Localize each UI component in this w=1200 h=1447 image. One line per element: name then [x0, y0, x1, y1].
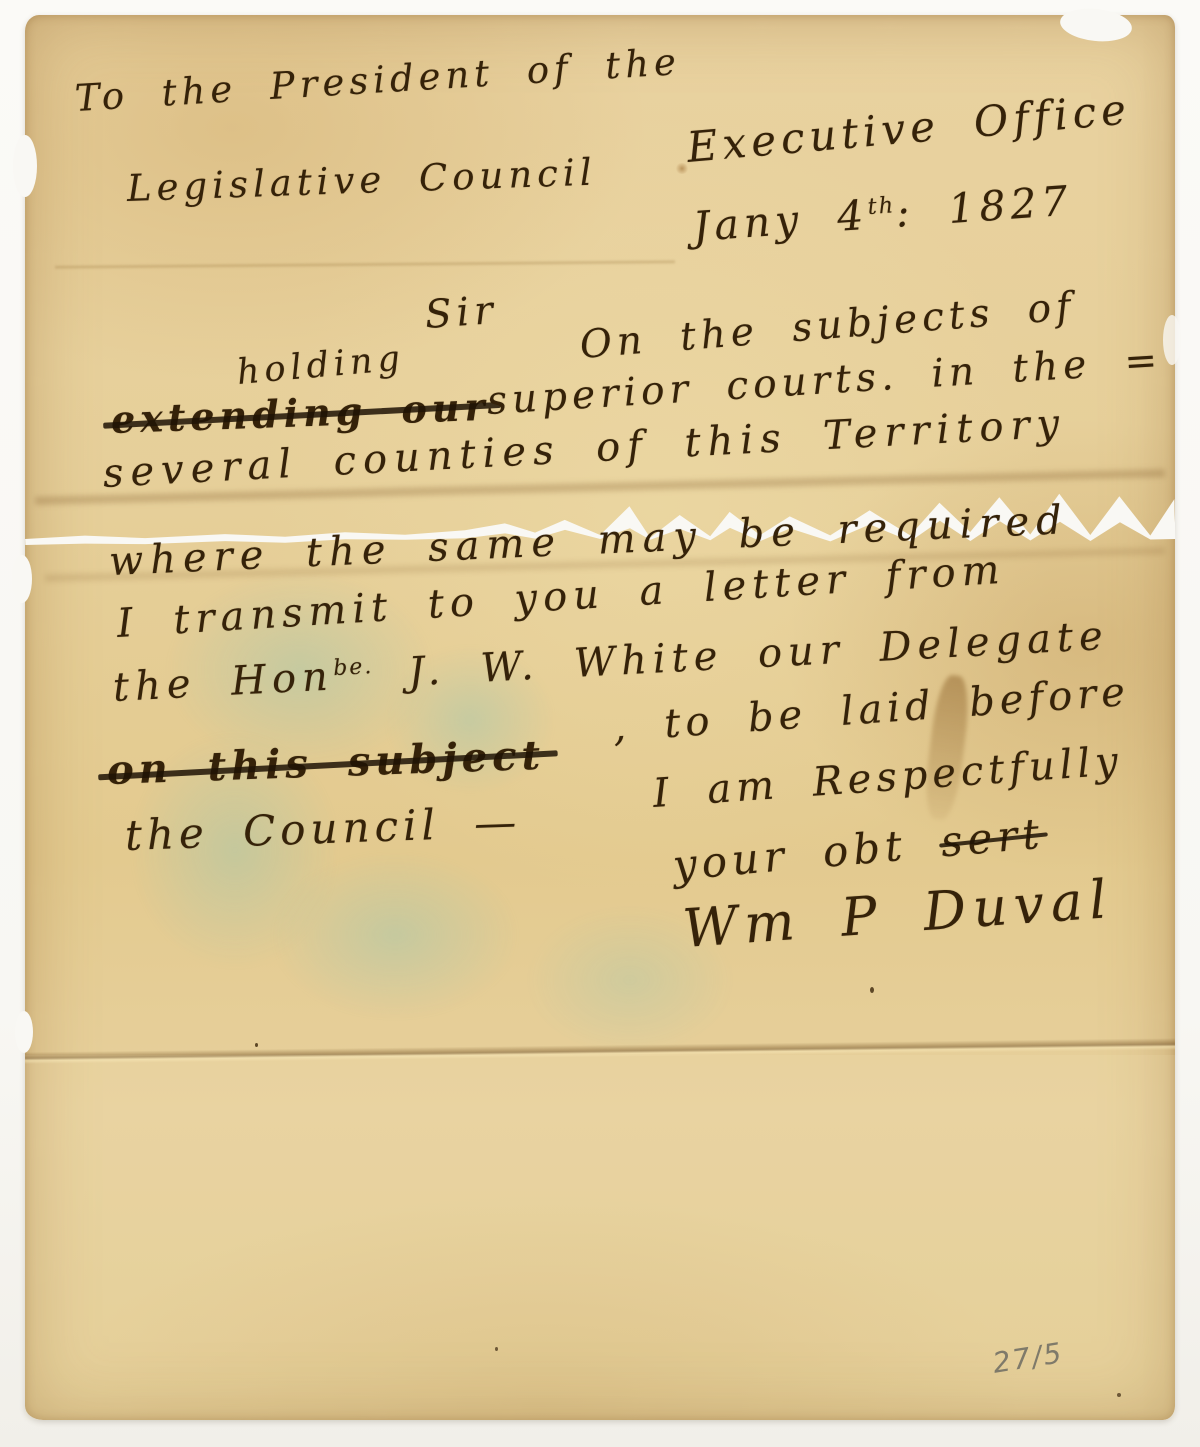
closing-your-obt-text: your obt: [671, 821, 909, 890]
struck-text-subject: on this subject: [106, 732, 546, 794]
edge-notch: [1163, 315, 1181, 365]
inserted-word-holding: holding: [235, 338, 406, 393]
paper-speck: [870, 987, 874, 993]
main-fold-crease: [25, 1038, 1175, 1064]
paper-speck: [255, 1043, 258, 1047]
fox-spot: [675, 163, 689, 174]
recipient-line-2: Legislative Council: [126, 151, 597, 210]
edge-notch: [1059, 5, 1134, 44]
body-line-council: the Council —: [124, 797, 522, 860]
body-line-struck-subject: on this subject: [106, 732, 546, 794]
edge-notch: [12, 555, 32, 603]
date-ordinal-superscript: th: [867, 192, 896, 220]
salutation: Sir: [423, 288, 499, 338]
edge-notch: [13, 135, 37, 197]
office-line: Executive Office: [685, 84, 1133, 172]
paper-speck: [1117, 1393, 1121, 1397]
closing-respectfully: I am Respectfully: [651, 738, 1124, 817]
date-prefix: Jany 4: [691, 191, 869, 251]
hon-superscript: be.: [333, 654, 374, 681]
faint-fold-crease: [55, 260, 675, 268]
archival-mark: 27/5: [990, 1336, 1065, 1380]
paper-speck: [495, 1347, 498, 1351]
scan-background: To the President of the Legislative Coun…: [0, 0, 1200, 1447]
teal-stain: [270, 850, 520, 1020]
letter-paper: To the President of the Legislative Coun…: [25, 15, 1175, 1420]
date-line: Jany 4th: 1827: [691, 177, 1074, 251]
body-line-laid-before: , to be laid before: [611, 669, 1131, 751]
struck-text-sert: sert: [939, 809, 1046, 867]
edge-notch: [15, 1011, 33, 1053]
hon-prefix: the Hon: [112, 653, 335, 711]
date-year: : 1827: [894, 177, 1074, 237]
recipient-line-1: To the President of the: [74, 40, 682, 120]
